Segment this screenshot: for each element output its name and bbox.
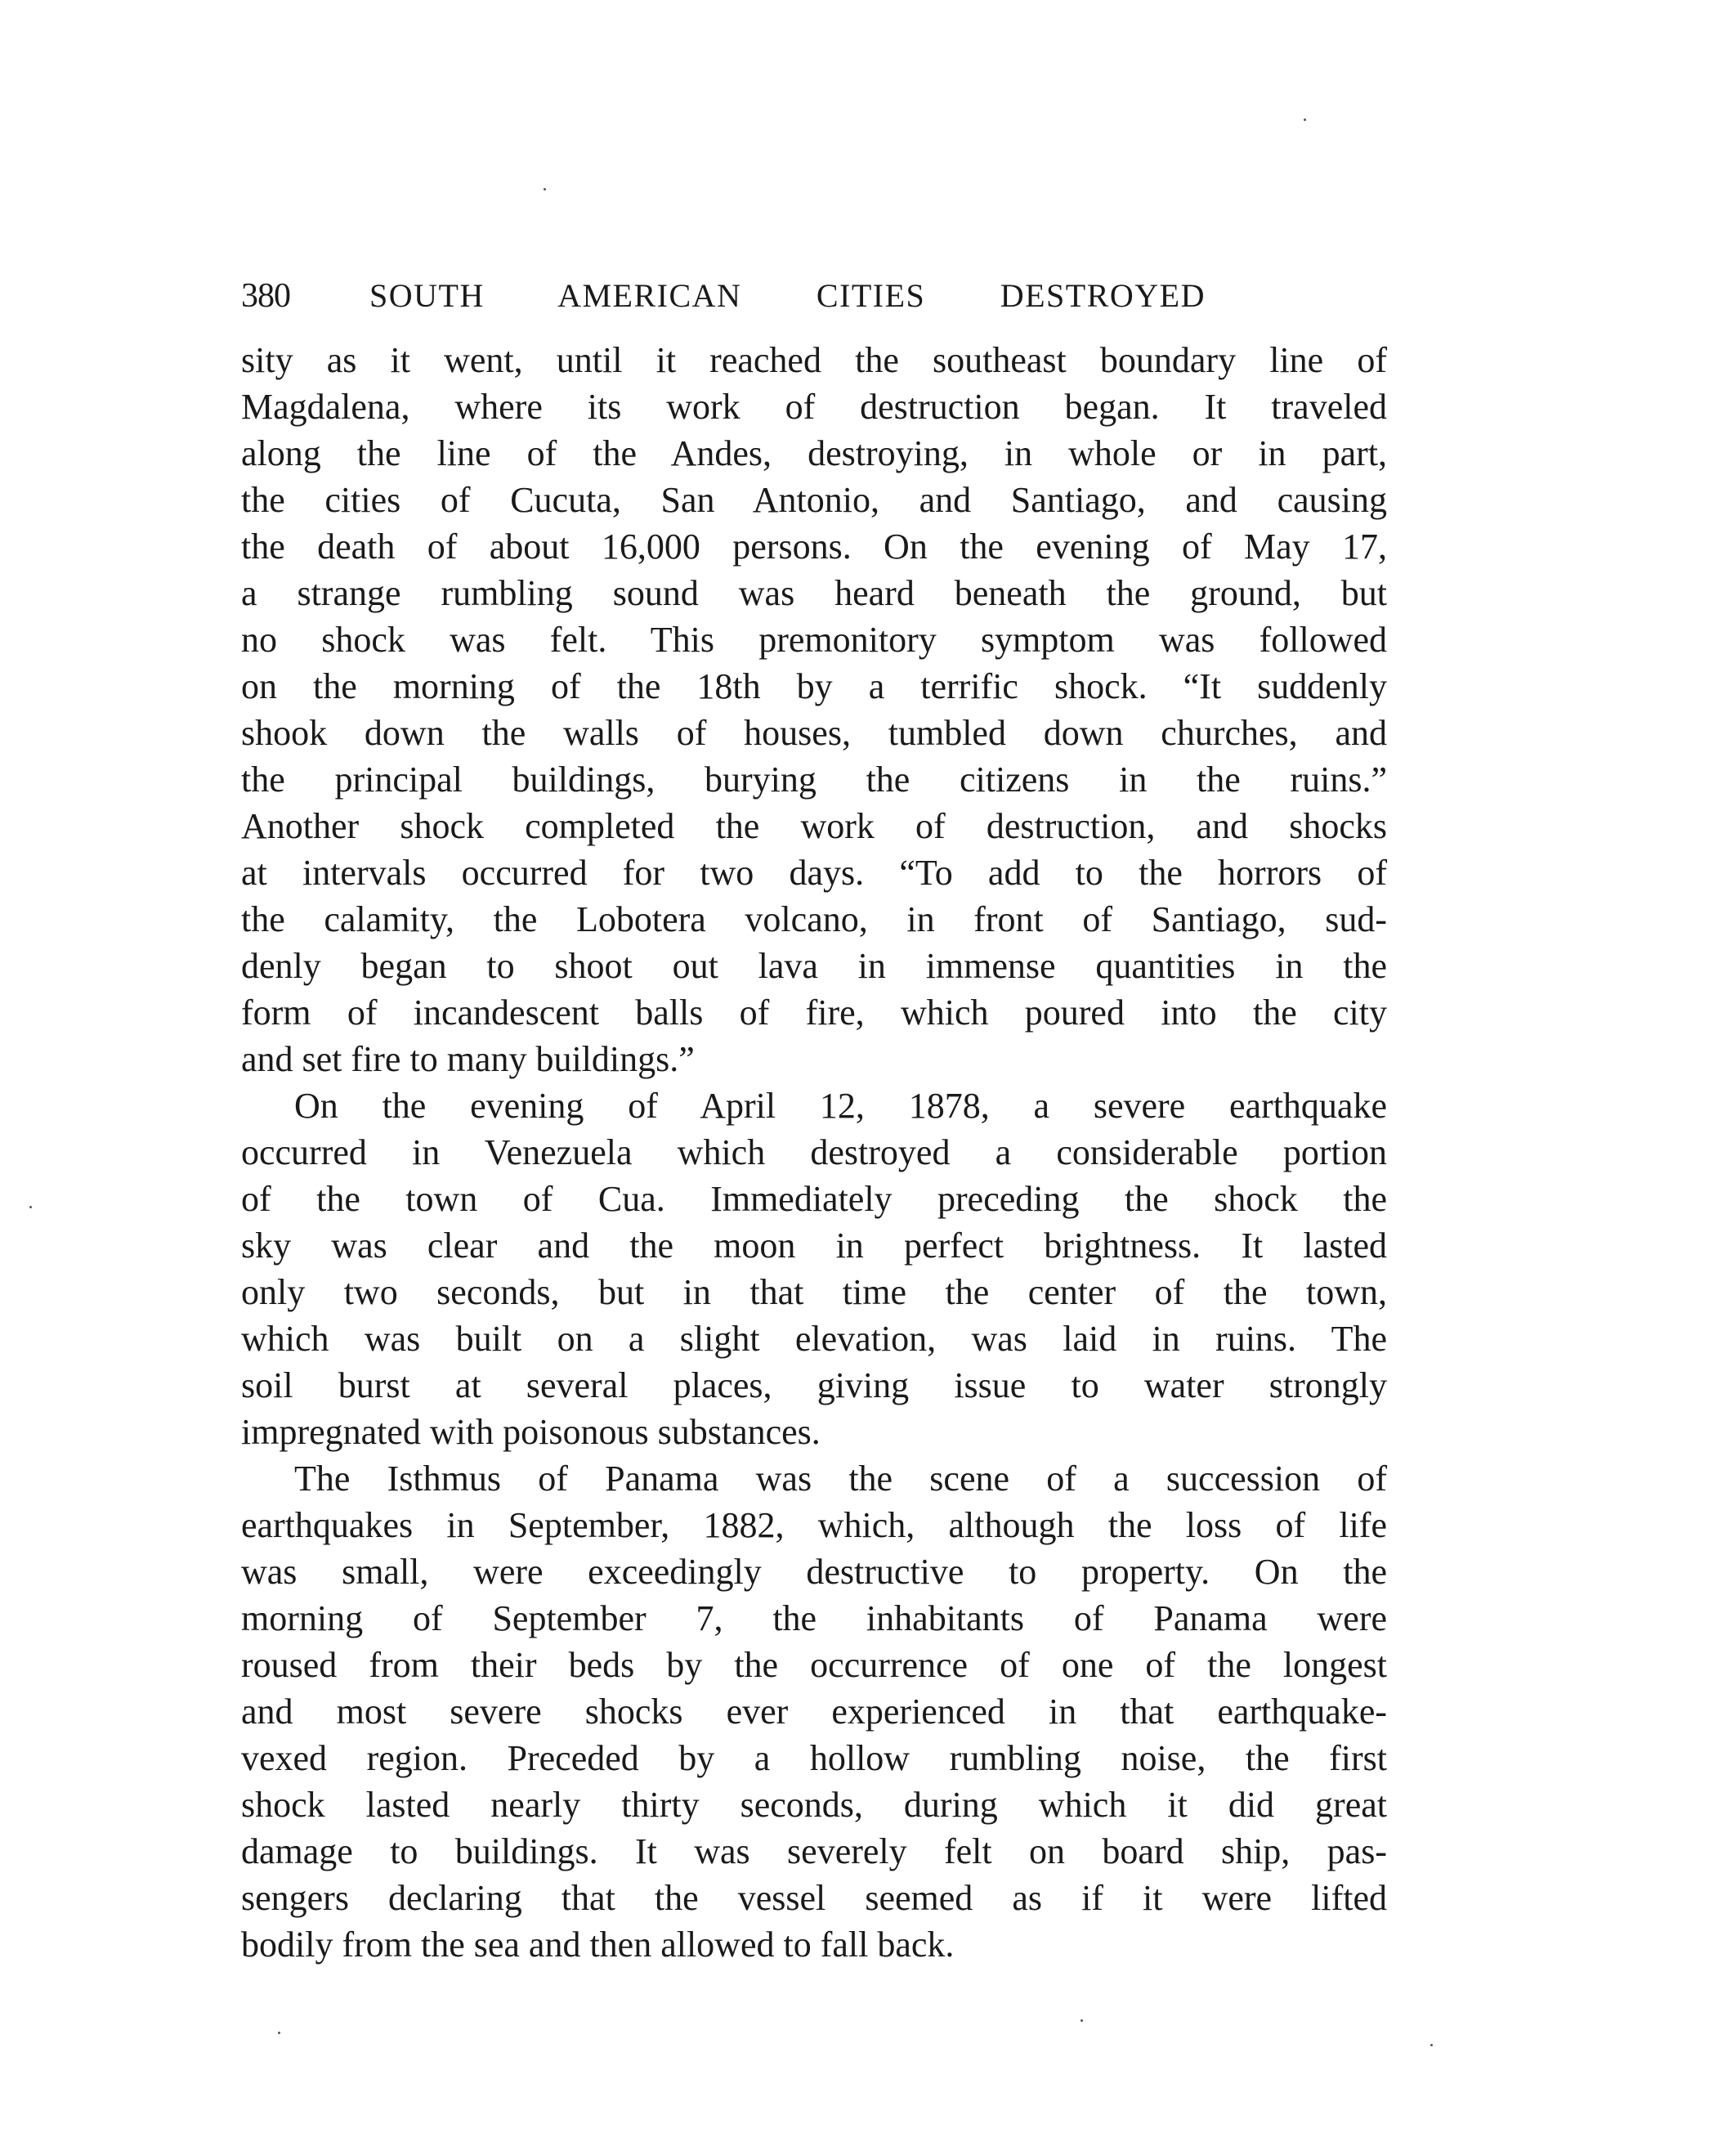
running-head: 380 SOUTH AMERICAN CITIES DESTROYED xyxy=(241,275,1387,317)
running-title: SOUTH AMERICAN CITIES DESTROYED xyxy=(369,275,1206,317)
paragraph-3: The Isthmus of Panama was the scene of a… xyxy=(241,1455,1387,1968)
text-line: the death of about 16,000 persons. On th… xyxy=(241,523,1387,570)
text-line: form of incandescent balls of fire, whic… xyxy=(241,989,1387,1036)
text-line: morning of September 7, the inhabitants … xyxy=(241,1595,1387,1642)
text-line: and most severe shocks ever experienced … xyxy=(241,1688,1387,1735)
scan-speck xyxy=(1081,2019,1083,2022)
text-line: shook down the walls of houses, tumbled … xyxy=(241,710,1387,756)
text-line: the principal buildings, burying the cit… xyxy=(241,756,1387,803)
book-page: 380 SOUTH AMERICAN CITIES DESTROYED sity… xyxy=(0,0,1736,2133)
text-line: a strange rumbling sound was heard benea… xyxy=(241,570,1387,616)
scan-speck xyxy=(29,1206,32,1208)
text-line: at intervals occurred for two days. “To … xyxy=(241,849,1387,896)
scan-speck xyxy=(278,2032,280,2034)
text-line: Another shock completed the work of dest… xyxy=(241,803,1387,849)
text-line: shock lasted nearly thirty seconds, duri… xyxy=(241,1781,1387,1828)
text-line: sity as it went, until it reached the so… xyxy=(241,337,1387,383)
body-text: sity as it went, until it reached the so… xyxy=(241,337,1387,1968)
text-line: earthquakes in September, 1882, which, a… xyxy=(241,1502,1387,1548)
text-line: denly began to shoot out lava in immense… xyxy=(241,943,1387,989)
text-line: on the morning of the 18th by a terrific… xyxy=(241,663,1387,710)
text-line: The Isthmus of Panama was the scene of a… xyxy=(241,1455,1387,1502)
text-line: which was built on a slight elevation, w… xyxy=(241,1315,1387,1362)
text-line: vexed region. Preceded by a hollow rumbl… xyxy=(241,1735,1387,1781)
text-line: the calamity, the Lobotera volcano, in f… xyxy=(241,896,1387,943)
text-line: and set fire to many buildings.” xyxy=(241,1036,1387,1082)
text-line: no shock was felt. This premonitory symp… xyxy=(241,616,1387,663)
text-line: impregnated with poisonous substances. xyxy=(241,1409,1387,1455)
text-line: roused from their beds by the occurrence… xyxy=(241,1642,1387,1688)
text-line: along the line of the Andes, destroying,… xyxy=(241,430,1387,477)
text-line: Magdalena, where its work of destruction… xyxy=(241,383,1387,430)
text-line: only two seconds, but in that time the c… xyxy=(241,1269,1387,1315)
paragraph-2: On the evening of April 12, 1878, a seve… xyxy=(241,1082,1387,1455)
scan-speck xyxy=(1304,119,1306,121)
text-line: the cities of Cucuta, San Antonio, and S… xyxy=(241,477,1387,523)
text-line: soil burst at several places, giving iss… xyxy=(241,1362,1387,1409)
text-line: of the town of Cua. Immediately precedin… xyxy=(241,1176,1387,1222)
text-line: On the evening of April 12, 1878, a seve… xyxy=(241,1082,1387,1129)
text-line: bodily from the sea and then allowed to … xyxy=(241,1921,1387,1968)
scan-speck xyxy=(544,188,546,190)
text-line: occurred in Venezuela which destroyed a … xyxy=(241,1129,1387,1176)
text-line: was small, were exceedingly destructive … xyxy=(241,1548,1387,1595)
text-line: sengers declaring that the vessel seemed… xyxy=(241,1875,1387,1921)
paragraph-1: sity as it went, until it reached the so… xyxy=(241,337,1387,1082)
page-number: 380 xyxy=(241,275,290,317)
text-line: damage to buildings. It was severely fel… xyxy=(241,1828,1387,1875)
scan-speck xyxy=(1430,2044,1433,2046)
text-line: sky was clear and the moon in perfect br… xyxy=(241,1222,1387,1269)
